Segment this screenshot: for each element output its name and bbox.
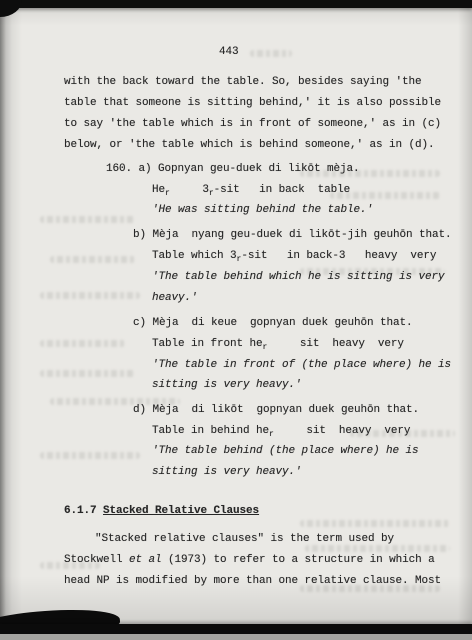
gloss-subscript: r [165,189,170,198]
gloss-subscript: r [209,189,214,198]
gloss-part: Table in front he [152,338,263,350]
example-160c-translation-2: sitting is very heavy.' [152,379,302,392]
intro-line-1: with the back toward the table. So, besi… [64,76,422,89]
para2-etal-italic: et al [129,554,162,566]
bleedthrough-smudge [50,256,135,263]
para2-line-2-part: (1973) to refer to a structure in which … [162,554,435,566]
example-160b-translation-2: heavy.' [152,292,198,305]
gloss-part: sit heavy very [267,338,404,350]
bleedthrough-smudge [40,292,140,299]
para2-line-3: head NP is modified by more than one rel… [64,575,441,588]
para2-line-1: "Stacked relative clauses" is the term u… [95,533,394,546]
intro-line-4: below, or 'the table which is behind som… [64,139,435,152]
scan-top-edge [0,0,472,8]
example-160c-source: c) Mèja di keue gopnyan duek geuhōn that… [133,317,413,330]
gloss-part: He [152,184,165,196]
gloss-part: Table which 3 [152,250,237,262]
bleedthrough-smudge [40,340,125,347]
gloss-part: -sit in back table [214,184,351,196]
example-160b-gloss: Table which 3r-sit in back-3 heavy very [152,250,436,263]
scanned-page-screenshot: 443 with the back toward the table. So, … [0,0,472,640]
section-heading: 6.1.7 Stacked Relative Clauses [64,505,259,518]
scan-bottom-edge [0,624,472,634]
example-160b-translation-1: 'The table behind which he is sitting is… [152,271,445,284]
example-160d-translation-2: sitting is very heavy.' [152,466,302,479]
example-160d-source: d) Mèja di likōt gopnyan duek geuhōn tha… [133,404,419,417]
para2-line-2: Stockwell et al (1973) to refer to a str… [64,554,435,567]
intro-line-3: to say 'the table which is in front of s… [64,118,441,131]
intro-line-2: table that someone is sitting behind,' i… [64,97,441,110]
example-160a-gloss: Her 3r-sit in back table [152,184,350,197]
gloss-part: 3 [170,184,209,196]
gloss-part: -sit in back-3 heavy very [241,250,436,262]
gloss-subscript: r [237,255,242,264]
bleedthrough-smudge [40,370,135,377]
gloss-subscript: r [269,430,274,439]
bleedthrough-smudge [40,452,140,459]
bleedthrough-smudge [305,545,450,552]
bleedthrough-smudge [40,216,135,223]
example-160d-translation-1: 'The table behind (the place where) he i… [152,445,419,458]
para2-line-2-part: Stockwell [64,554,129,566]
section-title: Stacked Relative Clauses [103,505,259,517]
example-160d-gloss: Table in behind her sit heavy very [152,425,410,438]
example-160c-translation-1: 'The table in front of (the place where)… [152,359,451,372]
scan-below-edge-surface [0,634,472,640]
gloss-subscript: r [263,343,268,352]
bleedthrough-smudge [300,520,450,527]
paper-page: 443 with the back toward the table. So, … [0,0,472,634]
section-number: 6.1.7 [64,505,103,517]
example-160b-source: b) Mèja nyang geu-duek di likōt-jih geuh… [133,229,452,242]
example-160c-gloss: Table in front her sit heavy very [152,338,404,351]
gloss-part: sit heavy very [274,425,411,437]
page-number: 443 [219,46,239,59]
example-160a-translation: 'He was sitting behind the table.' [152,204,373,217]
gloss-part: Table in behind he [152,425,269,437]
example-160a-source: 160. a) Gopnyan geu-duek di likōt mèja. [106,163,360,176]
bleedthrough-smudge [250,50,292,57]
